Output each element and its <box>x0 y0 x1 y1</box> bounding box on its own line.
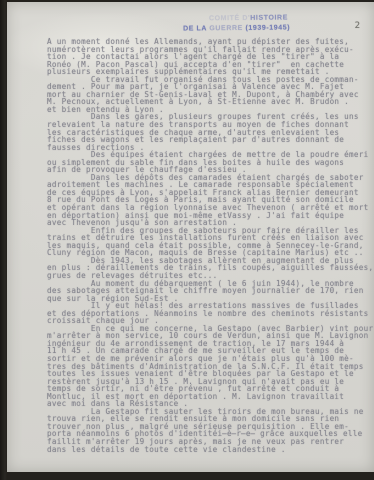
archive-stamp-line2: DE LA GUERRE (1939-1945) <box>183 23 290 34</box>
paper-sheet: COMITÉ D'HISTOIRE DE LA GUERRE (1939-194… <box>7 2 374 472</box>
stamp-faded-prefix: COMITÉ D' <box>209 15 250 22</box>
page-number: 2 <box>355 21 360 31</box>
archive-stamp: COMITÉ D'HISTOIRE DE LA GUERRE (1939-194… <box>183 13 290 34</box>
scanned-document-page: { "page": { "number": "2", "stamp": { "l… <box>0 0 374 480</box>
typed-text: A un moment donné les Allemands, ayant p… <box>47 38 372 453</box>
text-line: dans les détails de toute cette vie clan… <box>47 446 372 454</box>
